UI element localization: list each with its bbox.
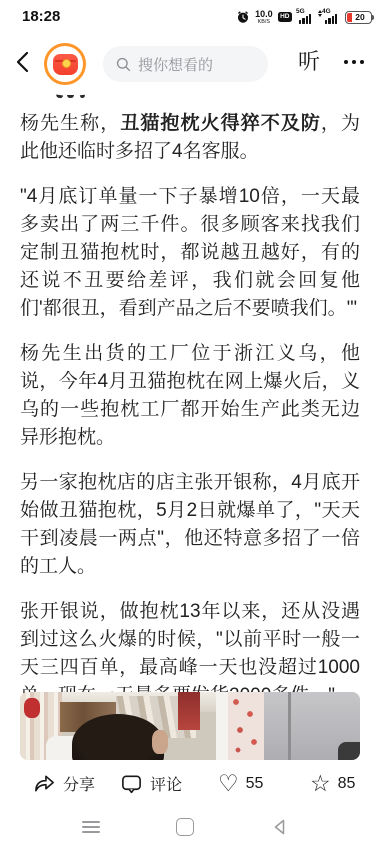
search-placeholder: 搜你想看的 (138, 54, 213, 75)
status-time: 18:28 (22, 8, 60, 25)
paragraph-text: 杨先生称， (20, 113, 120, 134)
listen-button[interactable]: 听 (298, 51, 320, 73)
sim1-signal-icon: 5G (297, 9, 314, 25)
network-speed-unit: KB/S (258, 19, 270, 24)
back-icon[interactable] (14, 51, 32, 73)
star-icon: ☆ (310, 772, 331, 795)
volte-hd-icon: HD (278, 12, 292, 22)
like-button[interactable]: ♡ 55 (218, 762, 263, 805)
paragraph-bold-text: 丑猫抱枕火得猝不及防 (120, 113, 321, 134)
network-speed: 10.0 KB/S (255, 10, 273, 25)
top-app-bar: 搜你想看的 听 (0, 32, 380, 92)
red-packet-bag-icon (53, 54, 78, 75)
article-paragraph: 杨先生出货的工厂位于浙江义乌，他说，今年4月丑猫抱枕在网上爆火后，义乌的一些抱枕… (20, 340, 360, 452)
comment-button[interactable]: 评论 (120, 762, 182, 805)
article-photo[interactable] (20, 692, 360, 760)
heart-icon: ♡ (218, 772, 239, 795)
favorite-button[interactable]: ☆ 85 (310, 762, 355, 805)
article-paragraph: 杨先生称，丑猫抱枕火得猝不及防，为此他还临时多招了4名客服。 (20, 110, 360, 166)
article-paragraph: 另一家抱枕店的店主张开银称，4月底开始做丑猫抱枕，5月2日就爆单了，"天天干到凌… (20, 469, 360, 581)
sim2-signal-icon: 4G (323, 9, 340, 25)
battery-icon: 20 (345, 11, 372, 24)
bottom-action-bar: 分享 评论 ♡ 55 ☆ 85 (0, 762, 380, 805)
status-bar: 18:28 10.0 KB/S HD 5G 4G 20 (0, 0, 380, 32)
reward-red-packet-icon[interactable] (44, 43, 86, 85)
like-count: 55 (246, 775, 264, 793)
clipped-previous-line (20, 92, 360, 101)
article-body: 杨先生称，丑猫抱枕火得猝不及防，为此他还临时多招了4名客服。 "4月底订单量一下… (20, 92, 360, 727)
search-icon (115, 56, 132, 73)
favorite-count: 85 (338, 775, 356, 793)
network-speed-value: 10.0 (255, 10, 273, 19)
nav-back-icon[interactable] (270, 817, 292, 837)
recents-icon[interactable] (82, 817, 104, 837)
share-label: 分享 (63, 772, 95, 795)
search-input[interactable]: 搜你想看的 (103, 46, 268, 82)
comment-icon (120, 772, 143, 795)
more-options-icon[interactable] (344, 60, 364, 64)
share-button[interactable]: 分享 (33, 762, 95, 805)
app-screen: 18:28 10.0 KB/S HD 5G 4G 20 (0, 0, 380, 849)
share-icon (33, 772, 56, 795)
alarm-clock-icon (236, 10, 250, 24)
home-icon[interactable] (176, 818, 194, 836)
status-icons: 10.0 KB/S HD 5G 4G 20 (236, 5, 372, 29)
article-paragraph: "4月底订单量一下子暴增10倍，一天最多卖出了两三千件。很多顾客来找我们定制丑猫… (20, 183, 360, 323)
battery-percent: 20 (346, 12, 371, 22)
android-nav-bar (0, 805, 380, 849)
comment-label: 评论 (150, 772, 182, 795)
